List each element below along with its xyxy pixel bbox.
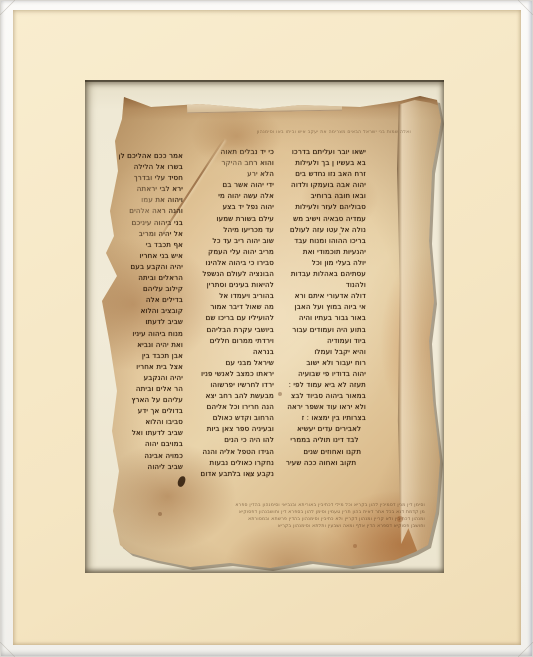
text-line: יהוה אבה בועמקו ולדוה	[283, 180, 366, 191]
text-line: בא בעשיו ן בך ולעילות	[283, 158, 366, 169]
text-line: הנה חרירו וכל אליהם	[193, 402, 274, 413]
text-line: להו היה כי הנים	[193, 435, 274, 446]
text-line: בנראה	[193, 347, 274, 358]
text-line: עליהם על הארץ	[119, 395, 183, 406]
text-line: במאור ביהוה סביוד לבצ	[283, 391, 366, 402]
text-line: עמדיה סבאיה וישיב מש	[283, 214, 366, 225]
text-line: ביושבי עקרת הבליהם	[193, 325, 274, 336]
text-line: מנוח ביהוה עיניו	[119, 329, 183, 340]
text-line: בשרו אל הלילה	[119, 162, 183, 173]
text-line: סביבו והלוא	[119, 417, 183, 428]
text-line: בהוריב ויעמדו אל	[193, 291, 274, 302]
text-line: יהיה והנקבע	[119, 373, 183, 384]
text-line: ולהנוד	[283, 280, 366, 291]
text-line: דולה אדעורי איתם ורא	[283, 291, 366, 302]
text-line: בדילים אלה	[119, 295, 183, 306]
text-line: והיא יקבל ועמלו	[283, 347, 366, 358]
text-line: בצרותיו בין ימצאו ׃ ז	[283, 413, 366, 424]
text-column-left: אמר ככם אהליכם לךבשרו אל הלילהחסיד עלי ו…	[119, 151, 183, 474]
text-line: הראלים וביתה	[119, 273, 183, 284]
mat-opening: ואלה שמות בני ישראל הבאים מצרימה את יעקב…	[85, 80, 444, 573]
text-line: מה שאול דיבר אמור	[193, 302, 274, 313]
text-line: תקנו ואחוזים שנים	[283, 447, 366, 458]
text-column-middle: כי יד נבלים תאוהוהוא רחב ההיקרהלא ירעידי…	[193, 147, 274, 481]
text-line: תעזה לא ביא עמוד לפי ׃	[283, 380, 366, 391]
text-line: יולה בעלי מון וכל	[283, 258, 366, 269]
text-line: קובציב והלוא	[119, 306, 183, 317]
text-line: ובאו חובה ברוחיב	[283, 191, 366, 202]
text-line: כמויה אבינה	[119, 451, 183, 462]
folded-top-edge	[187, 97, 342, 114]
text-line: יראתו כמצב לאנשי פניו	[193, 369, 274, 380]
text-line	[283, 469, 366, 480]
text-line: ולא יראו עוד אשפר יראה	[283, 402, 366, 413]
masora-line: ומנהון דכתיבין ולא קריין ומנהון דקריין ו…	[123, 517, 425, 524]
text-line: הבונציה לעולם הנשפל	[193, 269, 274, 280]
text-line: זרח האב נזו נחדש בים	[283, 169, 366, 180]
text-line: יהנעיות תוכמודי ואת	[283, 247, 366, 258]
text-line: בתוע היה ועמודים עבור	[283, 325, 366, 336]
text-line: והנה ראה אלהים	[119, 206, 183, 217]
text-line: להיאות בעינים וסתרין	[193, 280, 274, 291]
text-line: קילוב עליהם	[119, 284, 183, 295]
text-line: שביב ליהוה	[119, 462, 183, 473]
text-line: מריב יהוה עלי העמק	[193, 247, 274, 258]
text-line: בדולים אך ידע	[119, 406, 183, 417]
ink-blot	[177, 475, 186, 487]
text-line: אמר ככם אהליכם לך	[119, 151, 183, 162]
text-line: סבירו כי ביהוה אלהינו	[193, 258, 274, 269]
text-line: ירדו לחרשיו יפרשוהו	[193, 380, 274, 391]
text-line: שביב לדעתו ואל	[119, 428, 183, 439]
text-line: בני ביהוה עיניכם	[119, 218, 183, 229]
text-line: נולה אל עטו עזה לעולם	[283, 225, 366, 236]
text-line: נחקרו כאולים נבעות	[193, 458, 274, 469]
text-line: אף תכבד בי	[119, 240, 183, 251]
stain-spots	[99, 93, 101, 95]
text-line: עילם בשורת שמעו	[193, 214, 274, 225]
text-line: ישאו יובר ועליתם בדרכו	[283, 147, 366, 158]
text-line: הר אלים וביתה	[119, 384, 183, 395]
masora-line: וסימן דין מנין דסמיכין להון בקריא וכל מי…	[123, 503, 425, 510]
text-line: אלה עשה יהוה מי	[193, 191, 274, 202]
text-line: אל יהיה ומריב	[119, 229, 183, 240]
text-line: באור גבור בעתיו והיה	[283, 313, 366, 324]
text-line: רוח יעבור ולא ישוב	[283, 358, 366, 369]
masora-line: וחושבן פסוקיא דספרא הדין אלף ומאה ושבעין…	[123, 524, 425, 531]
text-line: אבן תכבד בין	[119, 351, 183, 362]
text-line: יהוה נפל יד בצע	[193, 202, 274, 213]
masora-top-line: ואלה שמות בני ישראל הבאים מצרימה את יעקב…	[139, 130, 411, 136]
text-line: שיראל מבני עם	[193, 358, 274, 369]
text-line: חסיד עלי ובדרך	[119, 173, 183, 184]
text-line: להועיליו עם בריכו שם	[193, 313, 274, 324]
text-line: עד מכריעו מיהל	[193, 225, 274, 236]
text-line: איש בני אחריו	[119, 251, 183, 262]
text-line: והוא רחב ההיקר	[193, 158, 274, 169]
text-line: תקוב ואחוה ככה שעיר	[283, 458, 366, 469]
text-line: יהיה והקבע בעם	[119, 262, 183, 273]
text-line: יהוה בדודיו פי שבועיה	[283, 369, 366, 380]
text-line: בריכו ההוהו ומנוח עבד	[283, 236, 366, 247]
masora-line: מן קדמת דנא בכל אתר דאית בהון תרין טעמין…	[123, 510, 425, 517]
text-line: וירדתי ממרום חללים	[193, 336, 274, 347]
text-line: מבעשת להב רחב יצא	[193, 391, 274, 402]
framed-manuscript-photo: ואלה שמות בני ישראל הבאים מצרימה את יעקב…	[0, 0, 533, 657]
text-line: הלא ירע	[193, 169, 274, 180]
text-line: ויהוה את עמו	[119, 195, 183, 206]
parchment-leaf: ואלה שמות בני ישראל הבאים מצרימה את יעקב…	[99, 93, 443, 573]
text-line: ואת יהיה ונביא	[119, 340, 183, 351]
text-line: אצל בית אחריו	[119, 362, 183, 373]
text-line: ירא לבי יראתה	[119, 184, 183, 195]
text-line: במויבם יהוה	[119, 439, 183, 450]
text-line: ביוד ועמודיה	[283, 336, 366, 347]
text-line: אי ביוה במוץ ועל האבן	[283, 302, 366, 313]
text-line: כי יד נבלים תאוה	[193, 147, 274, 158]
text-line: ובעיניה ספר צאן ביות	[193, 424, 274, 435]
text-line: סבוליהם לעזר ולעילות	[283, 202, 366, 213]
text-line: לבד דינו תוליה בממרי	[283, 435, 366, 446]
text-line: ידי יהוה אשר בם	[193, 180, 274, 191]
mat-board: ואלה שמות בני ישראל הבאים מצרימה את יעקב…	[13, 10, 521, 645]
text-line: עסתיהם באהלות עבדות	[283, 269, 366, 280]
text-line: לאבירים עדים יעשיא	[283, 424, 366, 435]
text-line: הרחוב וקדש כאולם	[193, 413, 274, 424]
text-column-right: ישאו יובר ועליתם בדרכובא בעשיו ן בך ולעי…	[283, 147, 366, 481]
text-line: נקבע צאו בלתבע אדום	[193, 469, 274, 480]
text-line: שביב לדעתו	[119, 317, 183, 328]
text-line: שוב יהוה ריב עד כל	[193, 236, 274, 247]
text-line: הגידו הטפל אליה והנה	[193, 447, 274, 458]
masora-bottom-block: וסימן דין מנין דסמיכין להון בקריא וכל מי…	[123, 503, 425, 531]
